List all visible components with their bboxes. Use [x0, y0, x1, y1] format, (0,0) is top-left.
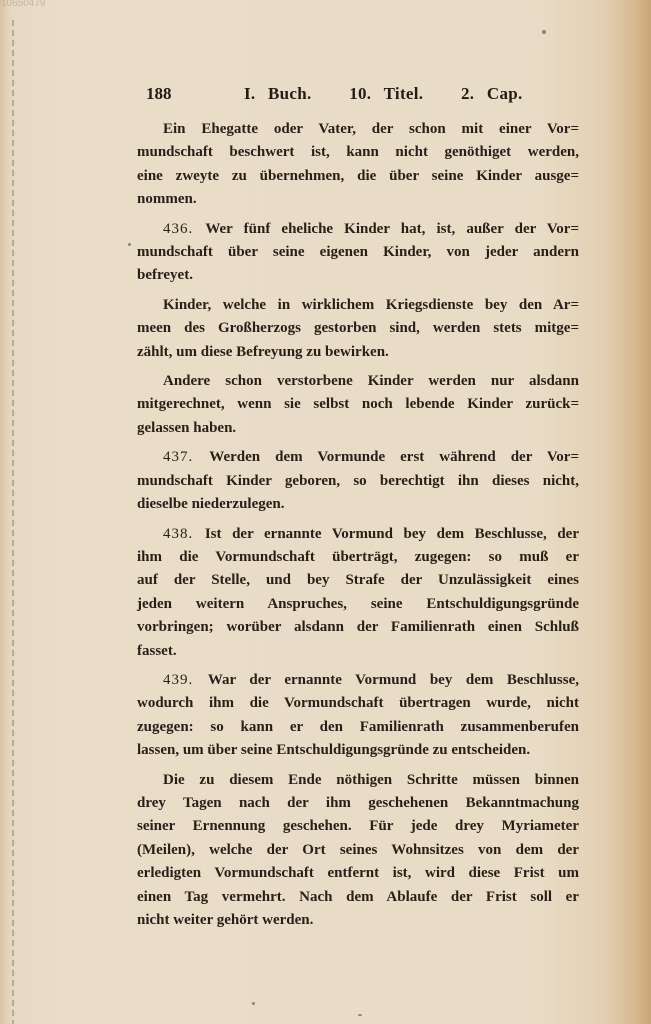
text-line: vorbringen; worüber alsdann der Familien…: [137, 616, 579, 639]
text-line: mundschaft über seine eigenen Kinder, vo…: [137, 241, 579, 264]
text-line: gelassen haben.: [137, 417, 579, 440]
section-paragraph: 438. Ist der ernannte Vormund bey dem Be…: [137, 523, 579, 663]
text-line: dieselbe niederzulegen.: [137, 493, 579, 516]
text-line: Andere schon verstorbene Kinder werden n…: [137, 370, 579, 393]
text-line: wodurch ihm die Vormundschaft übertragen…: [137, 692, 579, 715]
running-head: I. Buch. 10. Titel. 2. Cap.: [244, 84, 523, 104]
section-number: 437.: [163, 449, 209, 465]
paper-speck: [128, 243, 131, 246]
text-line: erledigten Vormundschaft entfernt ist, w…: [137, 862, 579, 885]
section-paragraph: 439. War der ernannte Vormund bey dem Be…: [137, 669, 579, 763]
text-line: jeden weitern Anspruches, seine Entschul…: [137, 593, 579, 616]
text-line: 436. Wer fünf eheliche Kinder hat, ist, …: [137, 218, 579, 241]
text-line: einen Tag vermehrt. Nach dem Ablaufe der…: [137, 886, 579, 909]
text-line: nicht weiter gehört werden.: [137, 909, 579, 932]
text-line: ihm die Vormundschaft überträgt, zugegen…: [137, 546, 579, 569]
paragraph: Kinder, welche in wirklichem Kriegsdiens…: [137, 294, 579, 364]
section-number: 436.: [163, 221, 205, 237]
text-line: eine zweyte zu übernehmen, die über sein…: [137, 165, 579, 188]
text-line: nommen.: [137, 188, 579, 211]
text-line: meen des Großherzogs gestorben sind, wer…: [137, 317, 579, 340]
text-line: Kinder, welche in wirklichem Kriegsdiens…: [137, 294, 579, 317]
section-paragraph: 437. Werden dem Vormunde erst während de…: [137, 446, 579, 516]
text-line: 438. Ist der ernannte Vormund bey dem Be…: [137, 523, 579, 546]
text-line: mundschaft Kinder geboren, so berechtigt…: [137, 470, 579, 493]
page-header: 188 I. Buch. 10. Titel. 2. Cap.: [146, 84, 586, 106]
text-line: seiner Ernennung geschehen. Für jede dre…: [137, 815, 579, 838]
text-line: 437. Werden dem Vormunde erst während de…: [137, 446, 579, 469]
text-line: zählt, um diese Befreyung zu bewirken.: [137, 341, 579, 364]
section-paragraph: 436. Wer fünf eheliche Kinder hat, ist, …: [137, 218, 579, 288]
body-text: Ein Ehegatte oder Vater, der schon mit e…: [137, 118, 579, 938]
paragraph: Ein Ehegatte oder Vater, der schon mit e…: [137, 118, 579, 212]
paragraph: Die zu diesem Ende nöthigen Schritte müs…: [137, 769, 579, 933]
text-line: zugegen: so kann er den Familienrath zus…: [137, 716, 579, 739]
text-line: mitgerechnet, wenn sie selbst noch leben…: [137, 393, 579, 416]
text-line: lassen, um über seine Entschuldigungsgrü…: [137, 739, 579, 762]
text-line: fasset.: [137, 640, 579, 663]
paper-speck: [252, 1002, 255, 1005]
section-number: 439.: [163, 672, 208, 688]
scan-id-label: 10650479: [1, 0, 46, 9]
text-line: Ein Ehegatte oder Vater, der schon mit e…: [137, 118, 579, 141]
text-line: (Meilen), welche der Ort seines Wohnsitz…: [137, 839, 579, 862]
paper-speck: [358, 1014, 362, 1016]
text-line: drey Tagen nach der ihm geschehenen Beka…: [137, 792, 579, 815]
paragraph: Andere schon verstorbene Kinder werden n…: [137, 370, 579, 440]
page-number: 188: [146, 84, 172, 104]
scanned-page: 10650479 188 I. Buch. 10. Titel. 2. Cap.…: [0, 0, 651, 1024]
text-line: mundschaft beschwert ist, kann nicht gen…: [137, 141, 579, 164]
text-line: auf der Stelle, und bey Strafe der Unzul…: [137, 569, 579, 592]
text-line: befreyet.: [137, 264, 579, 287]
binding-gutter: [12, 20, 14, 1024]
paper-speck: [542, 30, 546, 34]
text-line: 439. War der ernannte Vormund bey dem Be…: [137, 669, 579, 692]
section-number: 438.: [163, 526, 205, 542]
text-line: Die zu diesem Ende nöthigen Schritte müs…: [137, 769, 579, 792]
